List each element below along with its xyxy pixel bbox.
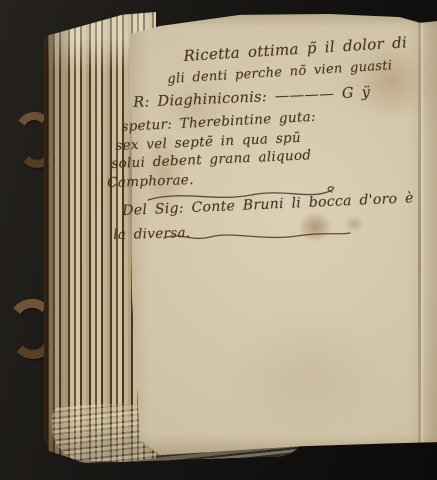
ink-stain	[140, 130, 186, 220]
ink-stain	[298, 212, 332, 242]
ink-stain	[360, 46, 420, 116]
manuscript-page	[112, 10, 437, 456]
photo-scene: Ricetta ottima p̃ il dolor di gli denti …	[0, 0, 437, 480]
ink-stain	[344, 216, 364, 232]
